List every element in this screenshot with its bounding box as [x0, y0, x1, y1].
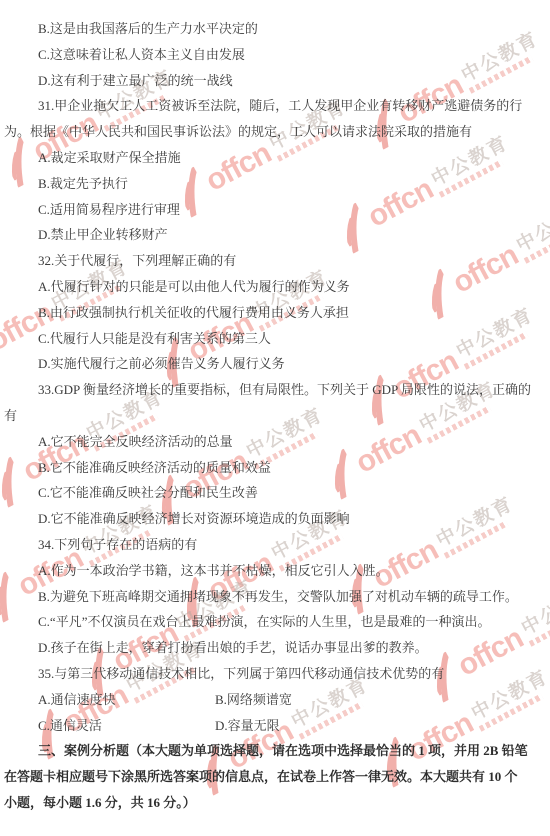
exam-paper-page: offcn 中公教育 offcn 中公教育 offcn 中公教育 offcn [0, 0, 550, 836]
option-line: A.代履行针对的只能是可以由他人代为履行的作为义务 [0, 274, 550, 300]
option-row: C.通信灵活D.容量无限 [0, 713, 550, 739]
option-line: A.通信速度快 [38, 687, 215, 713]
option-line: D.孩子在街上走，穿着打扮看出娘的手艺，说话办事显出爹的教养。 [0, 635, 550, 661]
option-line: D.容量无限 [215, 718, 280, 733]
exam-text-body: B.这是由我国落后的生产力水平决定的 C.这意味着让私人资本主义自由发展 D.这… [0, 0, 550, 816]
option-line: B.裁定先予执行 [0, 171, 550, 197]
option-line: B.这是由我国落后的生产力水平决定的 [0, 16, 550, 42]
option-line: C.通信灵活 [38, 713, 215, 739]
question-stem-line: 35.与第三代移动通信技术相比，下列属于第四代移动通信技术优势的有 [0, 661, 550, 687]
option-line: B.为避免下班高峰期交通拥堵现象不再发生，交警队加强了对机动车辆的疏导工作。 [0, 584, 550, 610]
question-stem-line: 33.GDP 衡量经济增长的重要指标，但有局限性。下列关于 GDP 局限性的说法… [0, 377, 550, 403]
option-line: D.这有利于建立最广泛的统一战线 [0, 68, 550, 94]
option-line: C.代履行人只能是没有利害关系的第三人 [0, 326, 550, 352]
option-line: B.它不能准确反映经济活动的质量和效益 [0, 455, 550, 481]
option-line: D.它不能准确反映经济增长对资源环境造成的负面影响 [0, 506, 550, 532]
question-stem-line: 34.下列句子存在的语病的有 [0, 532, 550, 558]
option-row: A.通信速度快B.网络频谱宽 [0, 687, 550, 713]
option-line: A.它不能完全反映经济活动的总量 [0, 429, 550, 455]
option-line: A.作为一本政治学书籍，这本书并不枯燥，相反它引人入胜。 [0, 558, 550, 584]
question-stem-line: 有 [0, 403, 550, 429]
option-line: B.网络频谱宽 [215, 692, 292, 707]
option-line: C.“平凡”不仅演员在戏台上最难扮演，在实际的人生里，也是最难的一种演出。 [0, 609, 550, 635]
option-line: D.实施代履行之前必须催告义务人履行义务 [0, 351, 550, 377]
question-stem-line: 32.关于代履行，下列理解正确的有 [0, 248, 550, 274]
option-line: B.由行政强制执行机关征收的代履行费用由义务人承担 [0, 300, 550, 326]
question-stem-line: 为。根据《中华人民共和国民事诉讼法》的规定，工人可以请求法院采取的措施有 [0, 119, 550, 145]
option-line: C.适用简易程序进行审理 [0, 197, 550, 223]
section-heading-line: 三、案例分析题（本大题为单项选择题，请在选项中选择最恰当的 1 项，并用 2B … [0, 738, 550, 764]
section-heading-line: 小题，每小题 1.6 分，共 16 分。） [0, 790, 550, 816]
option-line: C.这意味着让私人资本主义自由发展 [0, 42, 550, 68]
option-line: D.禁止甲企业转移财产 [0, 222, 550, 248]
question-stem-line: 31.甲企业拖欠工人工资被诉至法院，随后，工人发现甲企业有转移财产逃避债务的行 [0, 93, 550, 119]
option-line: A.裁定采取财产保全措施 [0, 145, 550, 171]
option-line: C.它不能准确反映社会分配和民生改善 [0, 480, 550, 506]
section-heading-line: 在答题卡相应题号下涂黑所选答案项的信息点，在试卷上作答一律无效。本大题共有 10… [0, 764, 550, 790]
